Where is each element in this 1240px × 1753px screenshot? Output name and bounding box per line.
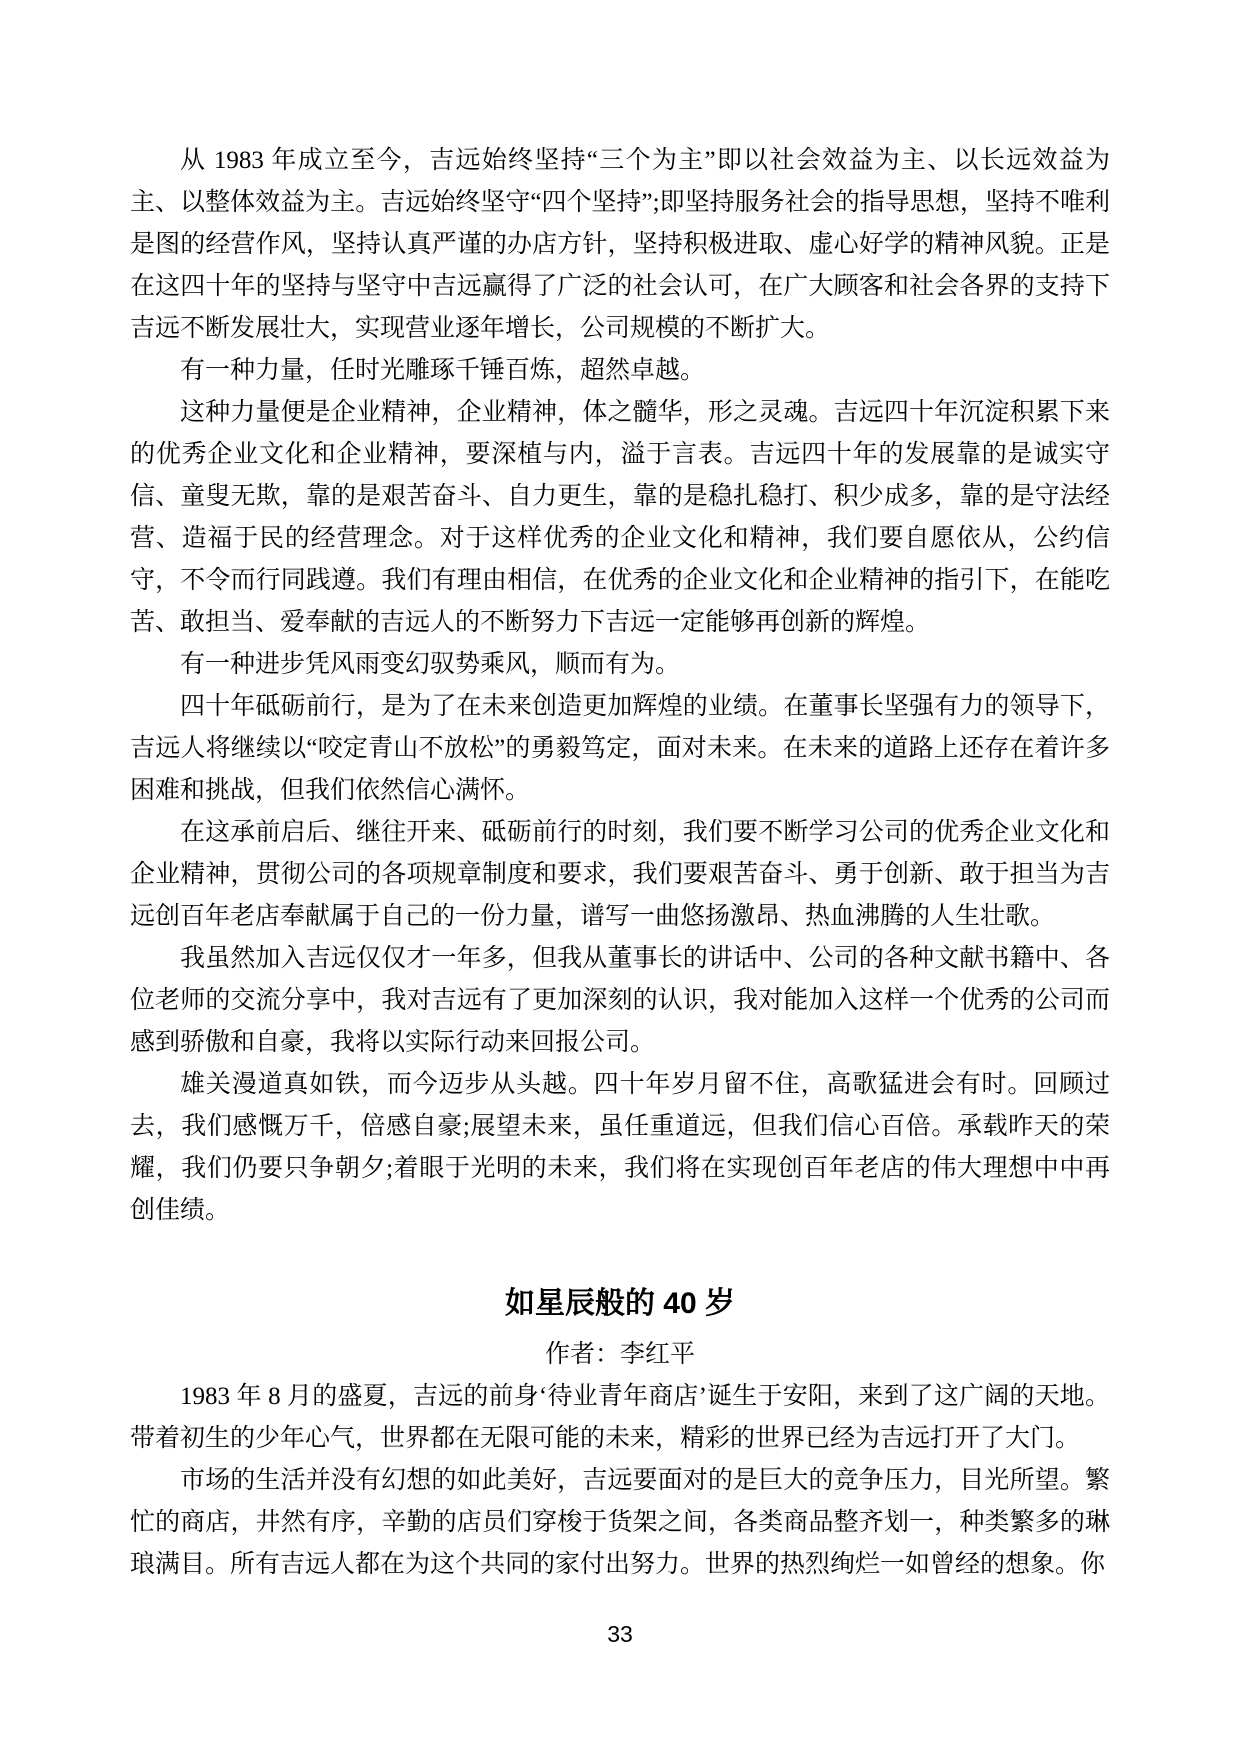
speech-paragraph-2: 有一种力量，任时光雕琢千锤百炼，超然卓越。 xyxy=(130,350,1110,392)
speech-paragraph-6: 在这承前启后、继往开来、砥砺前行的时刻，我们要不断学习公司的优秀企业文化和企业精… xyxy=(130,812,1110,938)
speech-paragraph-8: 雄关漫道真如铁，而今迈步从头越。四十年岁月留不住，高歌猛进会有时。回顾过去，我们… xyxy=(130,1064,1110,1232)
speech-paragraph-3: 这种力量便是企业精神，企业精神，体之髓华，形之灵魂。吉远四十年沉淀积累下来的优秀… xyxy=(130,392,1110,644)
page-number: 33 xyxy=(0,1620,1240,1648)
speech-paragraph-5: 四十年砥砺前行，是为了在未来创造更加辉煌的业绩。在董事长坚强有力的领导下，吉远人… xyxy=(130,686,1110,812)
star-paragraph-1: 1983 年 8 月的盛夏，吉远的前身‘待业青年商店’诞生于安阳，来到了这广阔的… xyxy=(130,1376,1110,1460)
article-byline: 作者：李红平 xyxy=(130,1334,1110,1376)
speech-paragraph-7: 我虽然加入吉远仅仅才一年多，但我从董事长的讲话中、公司的各种文献书籍中、各位老师… xyxy=(130,938,1110,1064)
article-title: 如星辰般的 40 岁 xyxy=(130,1284,1110,1324)
speech-paragraph-4: 有一种进步凭风雨变幻驭势乘风，顺而有为。 xyxy=(130,644,1110,686)
speech-paragraph-1: 从 1983 年成立至今，吉远始终坚持“三个为主”即以社会效益为主、以长远效益为… xyxy=(130,140,1110,350)
star-paragraph-2: 市场的生活并没有幻想的如此美好，吉远要面对的是巨大的竞争压力，目光所望。繁忙的商… xyxy=(130,1460,1110,1586)
document-page: 从 1983 年成立至今，吉远始终坚持“三个为主”即以社会效益为主、以长远效益为… xyxy=(0,0,1240,1753)
page-content: 从 1983 年成立至今，吉远始终坚持“三个为主”即以社会效益为主、以长远效益为… xyxy=(130,140,1110,1586)
